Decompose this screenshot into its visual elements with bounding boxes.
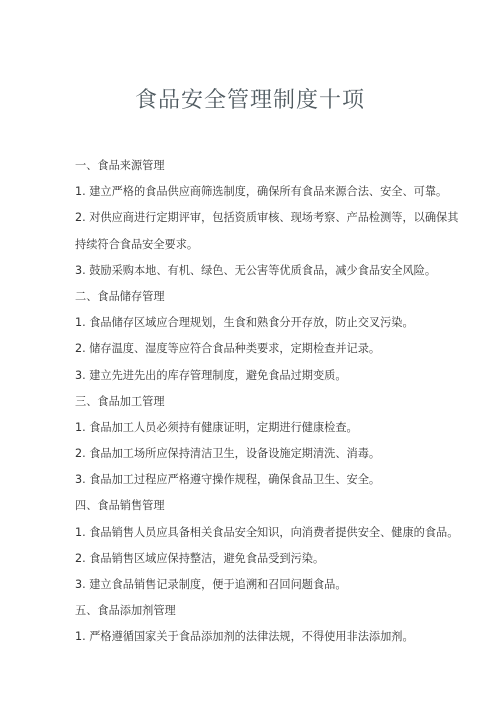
list-item: 3. 鼓励采购本地、有机、绿色、无公害等优质食品，减少食品安全风险。 [75, 258, 435, 284]
list-item: 2. 食品销售区域应保持整洁，避免食品受到污染。 [75, 546, 435, 572]
document-body: 一、食品来源管理 1. 建立严格的食品供应商筛选制度，确保所有食品来源合法、安全… [75, 153, 435, 651]
list-item-continuation: 持续符合食品安全要求。 [75, 232, 435, 258]
list-item: 2. 对供应商进行定期评审，包括资质审核、现场考察、产品检测等，以确保其 [75, 205, 435, 231]
list-item: 1. 严格遵循国家关于食品添加剂的法律法规，不得使用非法添加剂。 [75, 624, 435, 650]
list-item: 2. 储存温度、湿度等应符合食品种类要求，定期检查并记录。 [75, 336, 435, 362]
list-item: 1. 食品销售人员应具备相关食品安全知识，向消费者提供安全、健康的食品。 [75, 520, 435, 546]
list-item: 3. 建立先进先出的库存管理制度，避免食品过期变质。 [75, 363, 435, 389]
section-heading: 五、食品添加剂管理 [75, 598, 435, 624]
section-heading: 三、食品加工管理 [75, 389, 435, 415]
document-page: 食品安全管理制度十项 一、食品来源管理 1. 建立严格的食品供应商筛选制度，确保… [0, 0, 500, 707]
document-title: 食品安全管理制度十项 [0, 83, 500, 114]
list-item: 1. 建立严格的食品供应商筛选制度，确保所有食品来源合法、安全、可靠。 [75, 179, 435, 205]
section-heading: 一、食品来源管理 [75, 153, 435, 179]
list-item: 3. 建立食品销售记录制度，便于追溯和召回问题食品。 [75, 572, 435, 598]
section-heading: 四、食品销售管理 [75, 493, 435, 519]
list-item: 1. 食品储存区域应合理规划，生食和熟食分开存放，防止交叉污染。 [75, 310, 435, 336]
section-heading: 二、食品储存管理 [75, 284, 435, 310]
list-item: 3. 食品加工过程应严格遵守操作规程，确保食品卫生、安全。 [75, 467, 435, 493]
list-item: 2. 食品加工场所应保持清洁卫生，设备设施定期清洗、消毒。 [75, 441, 435, 467]
list-item: 1. 食品加工人员必须持有健康证明，定期进行健康检查。 [75, 415, 435, 441]
